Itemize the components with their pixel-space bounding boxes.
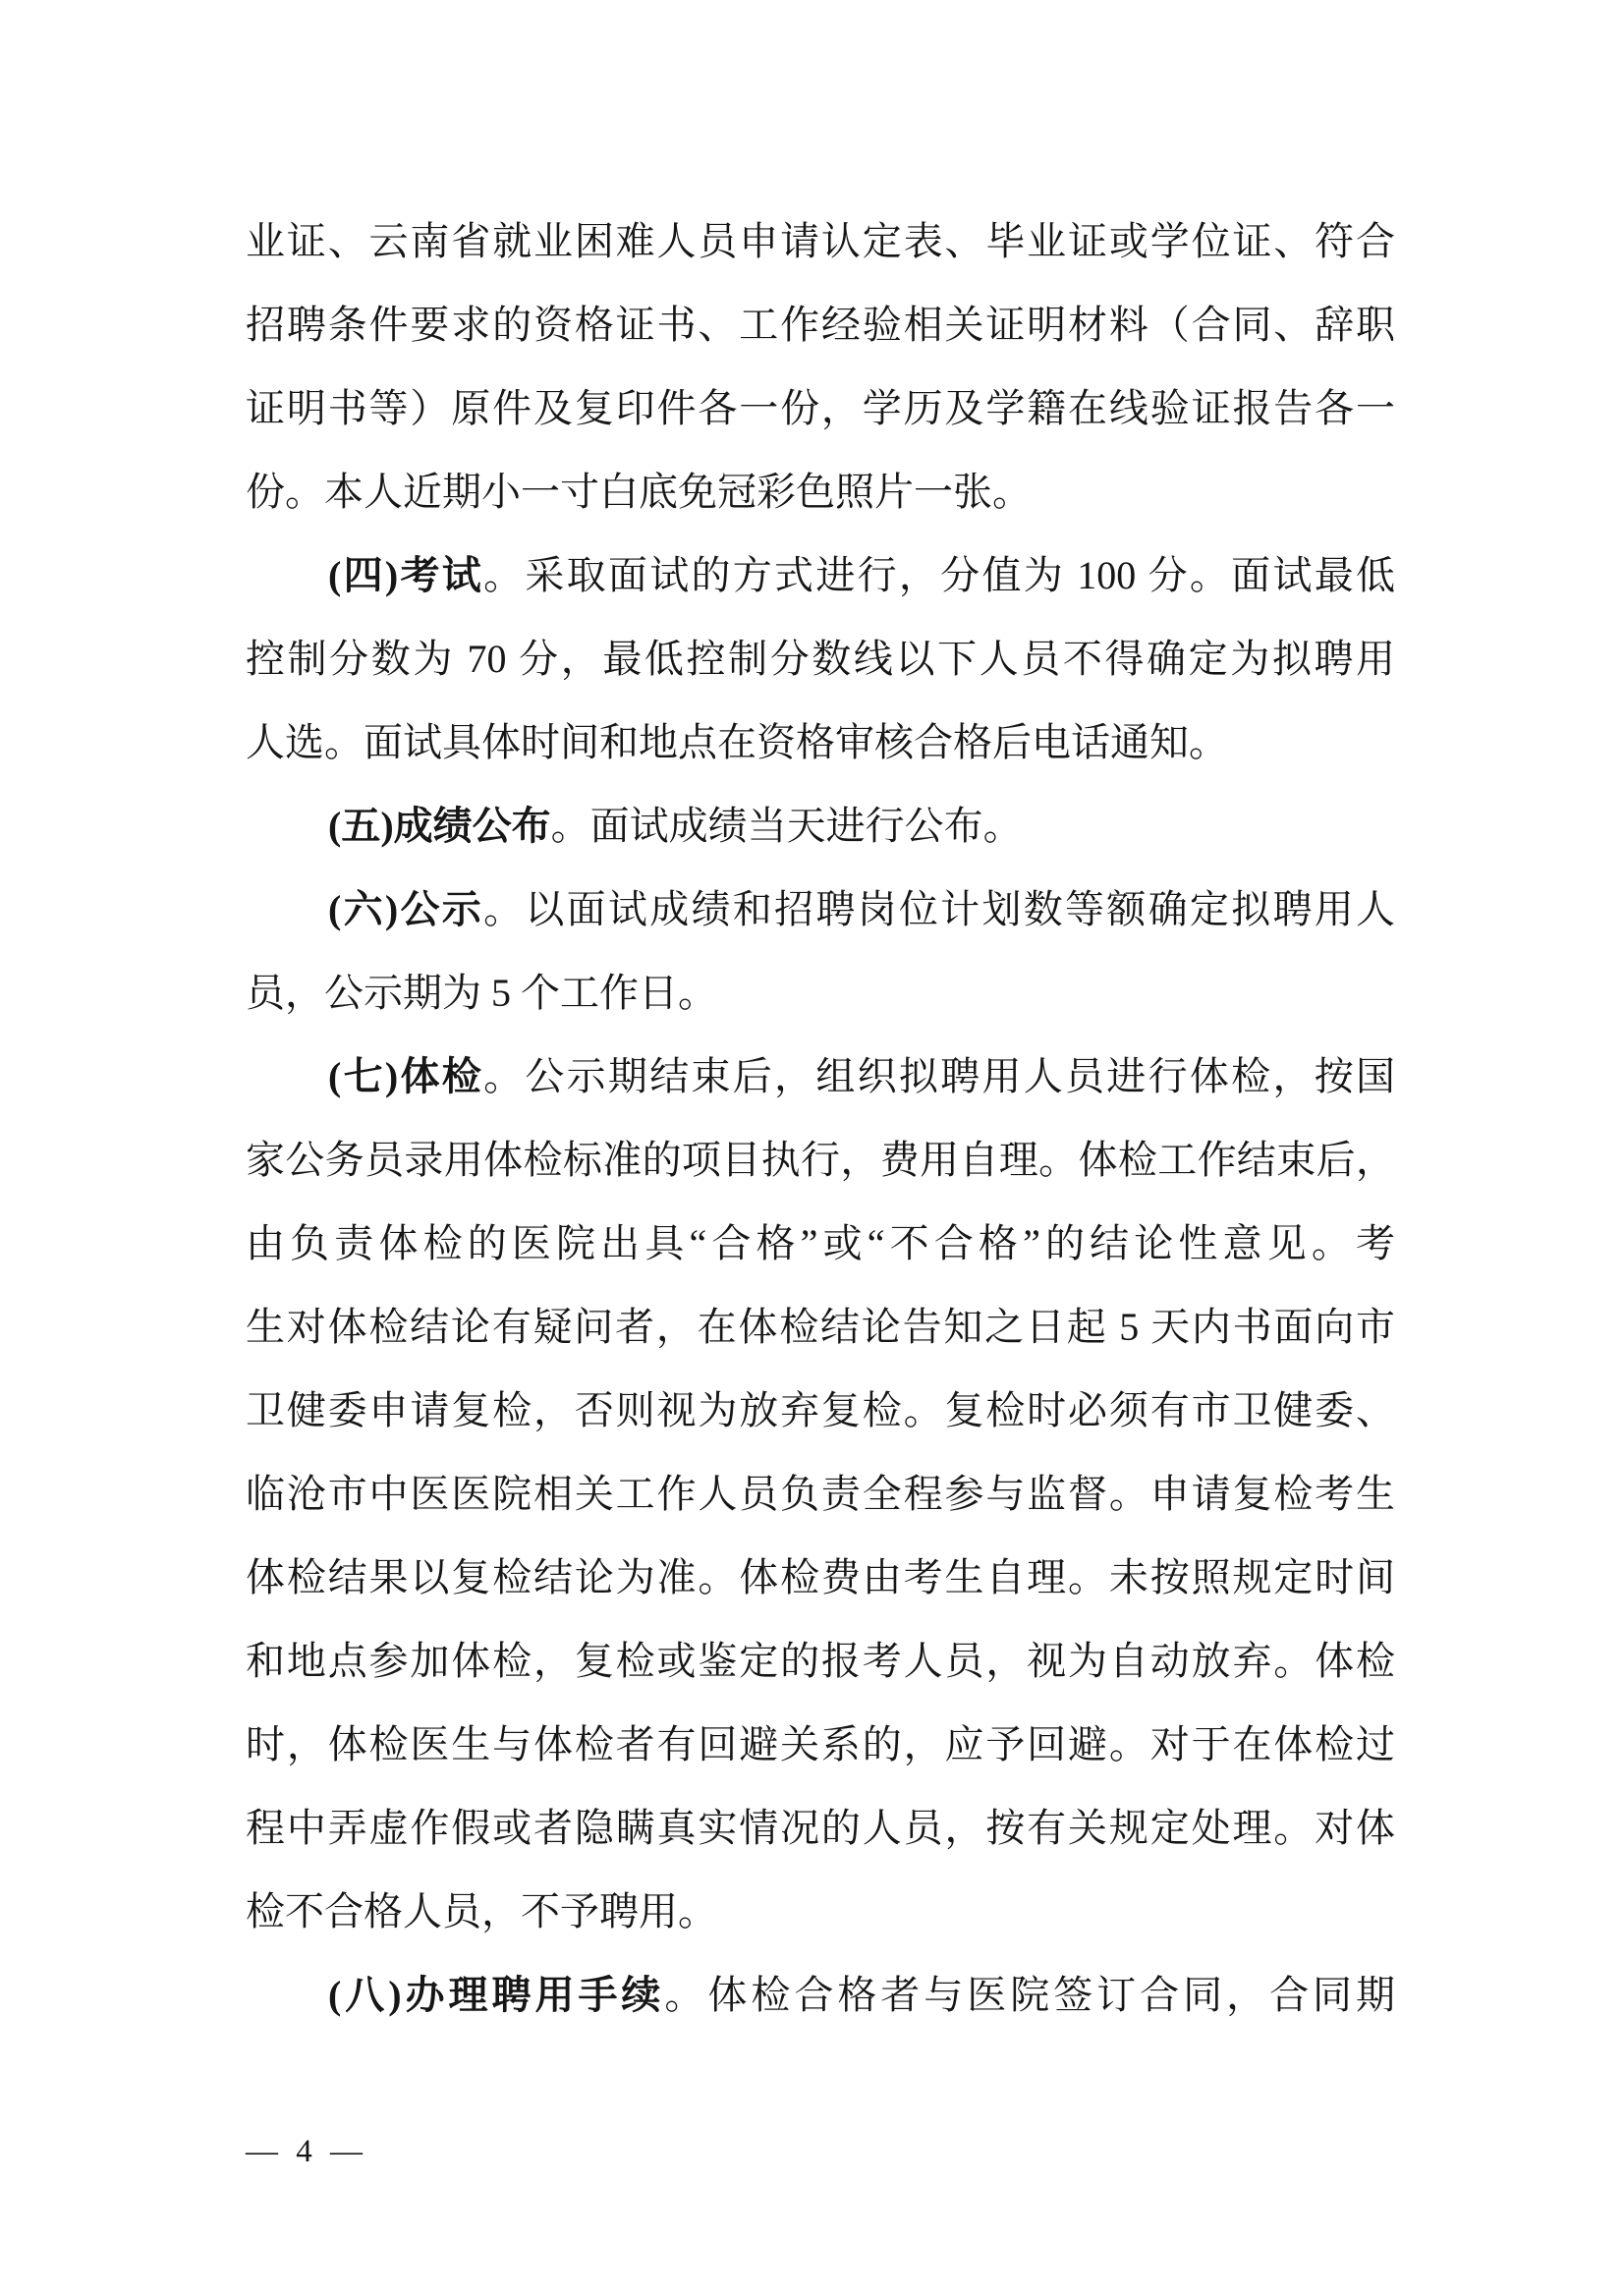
line-text: 业证、云南省就业困难人员申请认定表、毕业证或学位证、符合 — [246, 219, 1395, 263]
line-text: 人选。面试具体时间和地点在资格审核合格后电话通知。 — [246, 720, 1228, 764]
text-line: 由负责体检的医院出具“合格”或“不合格”的结论性意见。考 — [246, 1202, 1395, 1285]
line-text: 生对体检结论有疑问者，在体检结论告知之日起 5 天内书面向市 — [246, 1305, 1395, 1349]
text-line: 时，体检医生与体检者有回避关系的，应予回避。对于在体检过 — [246, 1703, 1395, 1786]
text-line: 家公务员录用体检标准的项目执行，费用自理。体检工作结束后， — [246, 1118, 1395, 1202]
text-line: (六)公示。以面试成绩和招聘岗位计划数等额确定拟聘用人 — [246, 868, 1395, 951]
line-text: 员，公示期为 5 个工作日。 — [246, 971, 717, 1015]
text-line: 临沧市中医医院相关工作人员负责全程参与监督。申请复检考生 — [246, 1452, 1395, 1536]
section-heading: (七)体检 — [328, 1054, 483, 1098]
line-text: 招聘条件要求的资格证书、工作经验相关证明材料（合同、辞职 — [246, 303, 1395, 347]
page-number: — 4 — — [246, 2134, 367, 2170]
line-text: 。采取面试的方式进行，分值为 100 分。面试最低 — [483, 553, 1395, 597]
text-line: 程中弄虚作假或者隐瞒真实情况的人员，按有关规定处理。对体 — [246, 1786, 1395, 1870]
text-line: (五)成绩公布。面试成绩当天进行公布。 — [246, 784, 1395, 868]
section-heading: (四)考试 — [328, 553, 483, 597]
line-text: 。公示期结束后，组织拟聘用人员进行体检，按国 — [483, 1054, 1395, 1098]
document-page: 业证、云南省就业困难人员申请认定表、毕业证或学位证、符合招聘条件要求的资格证书、… — [0, 0, 1624, 2296]
line-text: 。面试成绩当天进行公布。 — [551, 804, 1023, 848]
text-line: 人选。面试具体时间和地点在资格审核合格后电话通知。 — [246, 700, 1395, 784]
text-line: 体检结果以复检结论为准。体检费由考生自理。未按照规定时间 — [246, 1536, 1395, 1619]
text-line: (八)办理聘用手续。体检合格者与医院签订合同，合同期 — [246, 1953, 1395, 2037]
line-text: 家公务员录用体检标准的项目执行，费用自理。体检工作结束后， — [246, 1138, 1395, 1182]
line-text: 临沧市中医医院相关工作人员负责全程参与监督。申请复检考生 — [246, 1472, 1395, 1516]
text-line: 员，公示期为 5 个工作日。 — [246, 951, 1395, 1035]
text-line: 检不合格人员，不予聘用。 — [246, 1870, 1395, 1953]
line-text: 证明书等）原件及复印件各一份，学历及学籍在线验证报告各一 — [246, 386, 1395, 430]
line-text: 控制分数为 70 分，最低控制分数线以下人员不得确定为拟聘用 — [246, 637, 1395, 681]
text-line: 控制分数为 70 分，最低控制分数线以下人员不得确定为拟聘用 — [246, 617, 1395, 700]
line-text: 程中弄虚作假或者隐瞒真实情况的人员，按有关规定处理。对体 — [246, 1806, 1395, 1850]
section-heading: (五)成绩公布 — [328, 804, 551, 848]
line-text: 。体检合格者与医院签订合同，合同期 — [664, 1973, 1395, 2017]
section-heading: (八)办理聘用手续 — [328, 1973, 664, 2017]
text-line: 招聘条件要求的资格证书、工作经验相关证明材料（合同、辞职 — [246, 283, 1395, 366]
line-text: 。以面试成绩和招聘岗位计划数等额确定拟聘用人 — [483, 887, 1395, 931]
text-line: 和地点参加体检，复检或鉴定的报考人员，视为自动放弃。体检 — [246, 1619, 1395, 1703]
text-line: (四)考试。采取面试的方式进行，分值为 100 分。面试最低 — [246, 533, 1395, 617]
line-text: 由负责体检的医院出具“合格”或“不合格”的结论性意见。考 — [246, 1221, 1395, 1265]
line-text: 时，体检医生与体检者有回避关系的，应予回避。对于在体检过 — [246, 1722, 1395, 1766]
text-line: 证明书等）原件及复印件各一份，学历及学籍在线验证报告各一 — [246, 366, 1395, 450]
line-text: 体检结果以复检结论为准。体检费由考生自理。未按照规定时间 — [246, 1555, 1395, 1599]
text-line: 份。本人近期小一寸白底免冠彩色照片一张。 — [246, 450, 1395, 533]
text-line: 业证、云南省就业困难人员申请认定表、毕业证或学位证、符合 — [246, 199, 1395, 283]
text-line: (七)体检。公示期结束后，组织拟聘用人员进行体检，按国 — [246, 1035, 1395, 1118]
text-line: 生对体检结论有疑问者，在体检结论告知之日起 5 天内书面向市 — [246, 1285, 1395, 1369]
body-text: 业证、云南省就业困难人员申请认定表、毕业证或学位证、符合招聘条件要求的资格证书、… — [246, 199, 1395, 2037]
section-heading: (六)公示 — [328, 887, 483, 931]
line-text: 和地点参加体检，复检或鉴定的报考人员，视为自动放弃。体检 — [246, 1639, 1395, 1683]
line-text: 份。本人近期小一寸白底免冠彩色照片一张。 — [246, 470, 1032, 514]
line-text: 检不合格人员，不予聘用。 — [246, 1889, 717, 1933]
text-line: 卫健委申请复检，否则视为放弃复检。复检时必须有市卫健委、 — [246, 1369, 1395, 1452]
line-text: 卫健委申请复检，否则视为放弃复检。复检时必须有市卫健委、 — [246, 1388, 1395, 1432]
